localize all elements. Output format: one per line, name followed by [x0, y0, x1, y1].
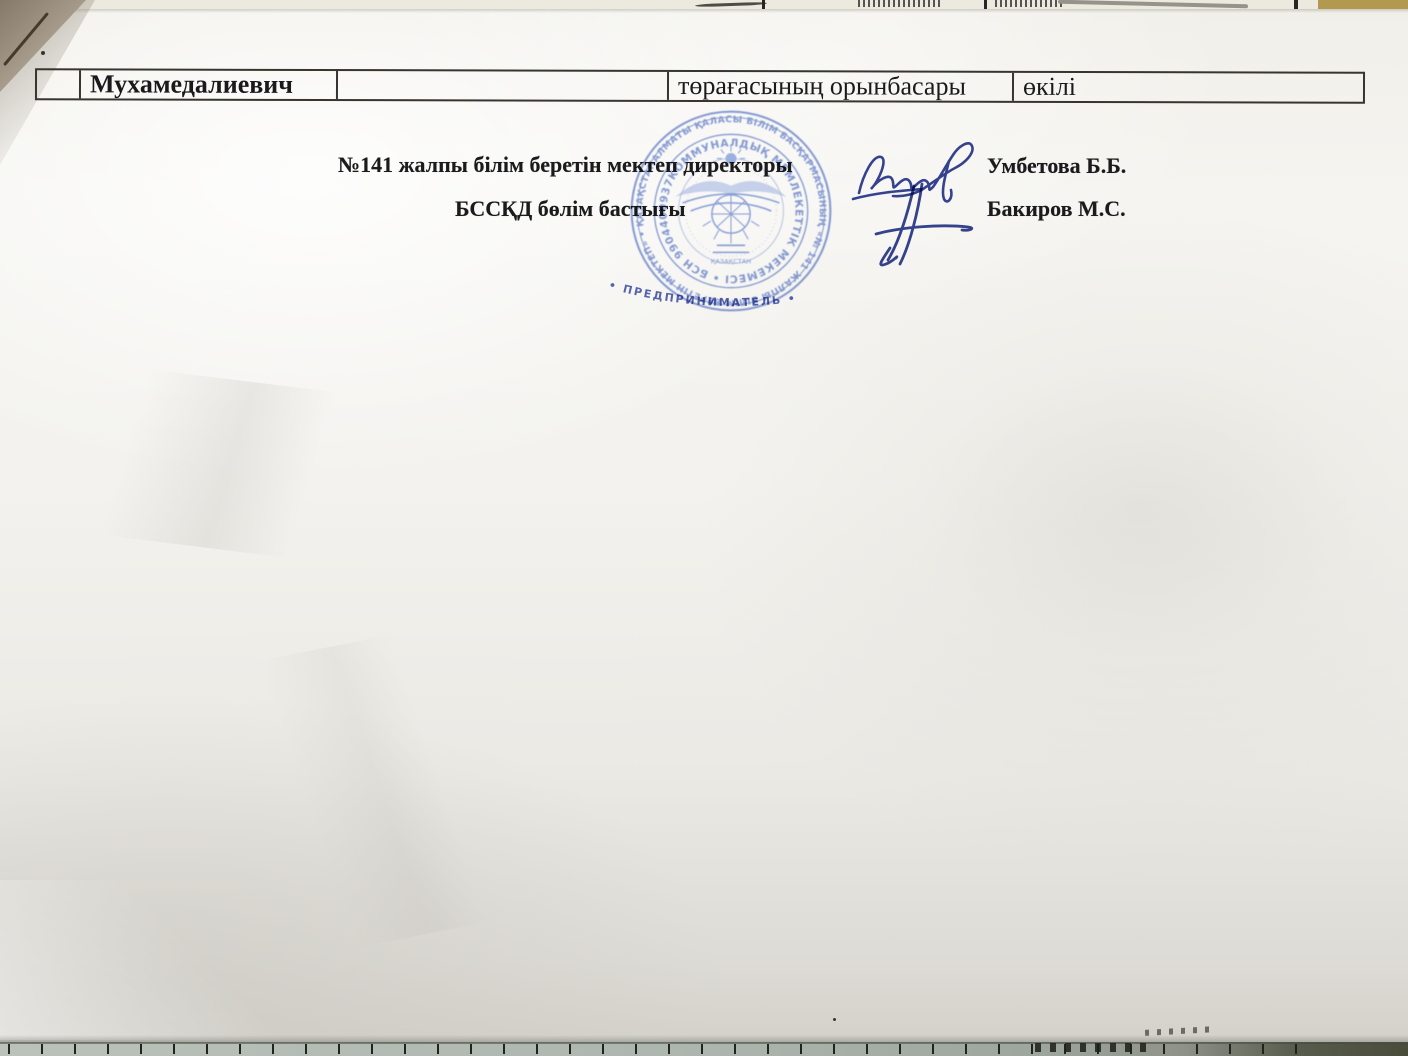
- scanned-document-photo: Мухамедалиевич төрағасының орынбасары өк…: [0, 0, 1408, 1056]
- background-table-tick: [762, 0, 765, 9]
- seal-center-emblem: ҚАЗАҚСТАН: [676, 146, 787, 265]
- overlay-stamp-text: • ПРЕДПРИНИМАТЕЛЬ •: [607, 278, 798, 309]
- paper-top-edge: [0, 9, 1408, 13]
- director-name: Умбетова Б.Б.: [987, 153, 1126, 179]
- paper-bottom-shadow: [0, 1035, 1408, 1043]
- table-cell-role: өкілі: [1012, 73, 1363, 102]
- table-cell-position: төрағасының орынбасары: [667, 72, 1012, 101]
- signature-department-head-icon: [862, 178, 982, 268]
- table-cell-index: [37, 70, 79, 98]
- background-smudged-text: [1035, 1043, 1147, 1052]
- background-table-tick: [984, 0, 987, 9]
- background-tiny-text: [995, 0, 1063, 7]
- table-cell-empty: [336, 71, 667, 100]
- svg-text:• ПРЕДПРИНИМАТЕЛЬ •: • ПРЕДПРИНИМАТЕЛЬ •: [607, 278, 798, 309]
- department-head-name: Бакиров М.С.: [987, 196, 1126, 222]
- seal-center-text: ҚАЗАҚСТАН: [711, 257, 751, 265]
- table-cell-surname: Мухамедалиевич: [79, 70, 336, 99]
- ink-speck: [41, 51, 45, 55]
- background-pen-mark: [695, 2, 767, 8]
- desk-edge-top-right: [1318, 0, 1408, 9]
- overlay-stamp-text-icon: • ПРЕДПРИНИМАТЕЛЬ •: [600, 272, 880, 332]
- background-sheet-bottom: [0, 1042, 1408, 1056]
- background-tiny-text: [858, 0, 940, 7]
- background-streak: [1058, 0, 1248, 8]
- ink-speck: [833, 1018, 836, 1021]
